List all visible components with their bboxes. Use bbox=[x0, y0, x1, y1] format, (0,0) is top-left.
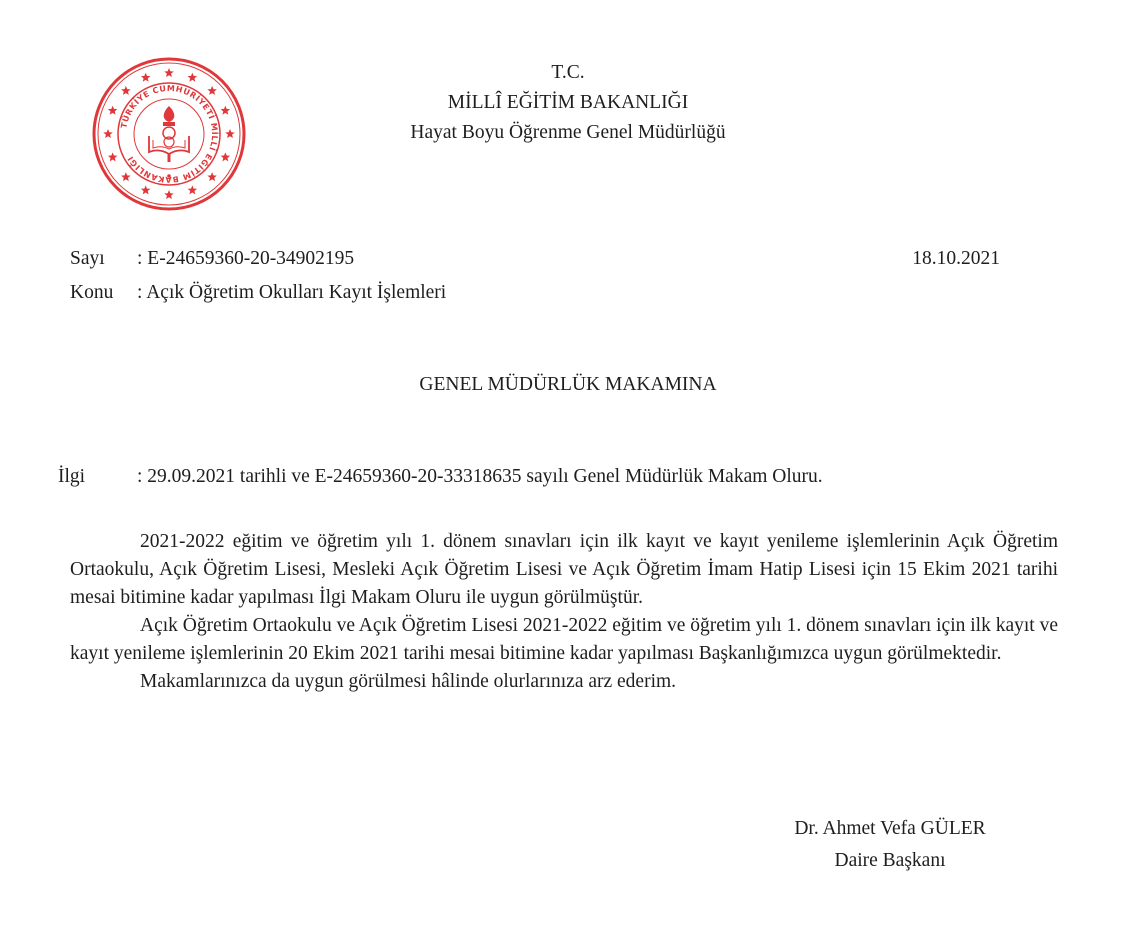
ministry-name: MİLLÎ EĞİTİM BAKANLIĞI bbox=[300, 88, 836, 118]
header-line-tc: T.C. bbox=[300, 58, 836, 88]
body-paragraph: Makamlarınızca da uygun görülmesi hâlind… bbox=[70, 668, 1058, 696]
ilgi-value: : 29.09.2021 tarihli ve E-24659360-20-33… bbox=[137, 466, 823, 488]
document-date: 18.10.2021 bbox=[880, 248, 1000, 270]
konu-label: Konu bbox=[70, 282, 113, 304]
body-paragraph: 2021-2022 eğitim ve öğretim yılı 1. döne… bbox=[70, 528, 1058, 612]
ministry-seal-icon: TÜRKİYE CUMHURİYETİ MİLLÎ EĞİTİM BAKANLI… bbox=[91, 56, 247, 212]
signatory-name: Dr. Ahmet Vefa GÜLER bbox=[740, 818, 1040, 840]
signatory-title: Daire Başkanı bbox=[740, 850, 1040, 872]
document-body: 2021-2022 eğitim ve öğretim yılı 1. döne… bbox=[70, 528, 1058, 696]
sayi-label: Sayı bbox=[70, 248, 105, 270]
ilgi-label: İlgi bbox=[58, 466, 85, 488]
addressee: GENEL MÜDÜRLÜK MAKAMINA bbox=[300, 374, 836, 396]
directorate-name: Hayat Boyu Öğrenme Genel Müdürlüğü bbox=[300, 118, 836, 148]
sayi-value: : E-24659360-20-34902195 bbox=[137, 248, 354, 270]
konu-value: : Açık Öğretim Okulları Kayıt İşlemleri bbox=[137, 282, 446, 304]
body-paragraph: Açık Öğretim Ortaokulu ve Açık Öğretim L… bbox=[70, 612, 1058, 668]
